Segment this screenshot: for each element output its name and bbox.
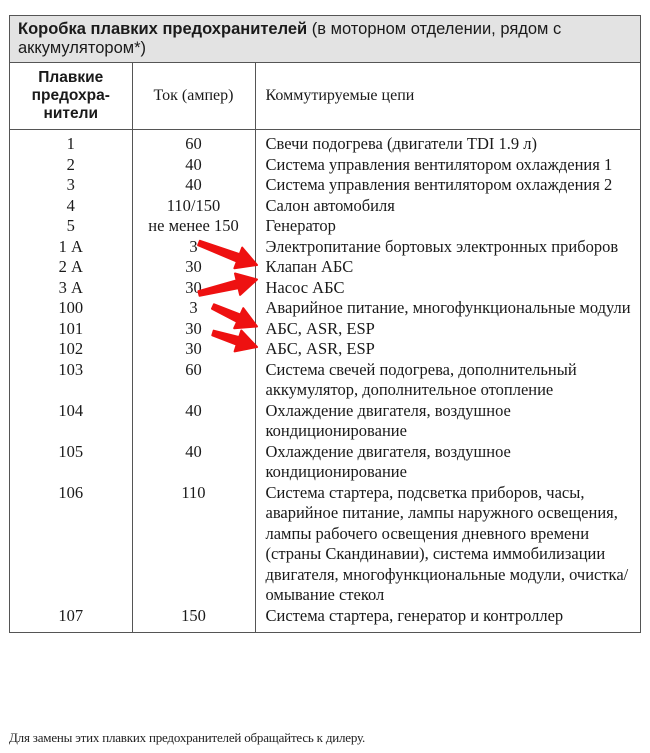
- fuse-number: 103: [10, 360, 132, 401]
- fuse-number: 100: [10, 298, 132, 319]
- fuse-current: 110/150: [132, 196, 255, 217]
- footnote: Для замены этих плавких предохранителей …: [9, 730, 365, 746]
- table-row: 2 А30Клапан АБС: [10, 257, 640, 278]
- table-row: 160Свечи подогрева (двигатели TDI 1.9 л): [10, 130, 640, 155]
- fuse-current: не менее 150: [132, 216, 255, 237]
- fuse-current: 30: [132, 319, 255, 340]
- fuse-number: 5: [10, 216, 132, 237]
- table-row: 106110Система стартера, подсветка прибор…: [10, 483, 640, 606]
- fuse-circuits: Клапан АБС: [255, 257, 640, 278]
- column-header-circuits: Коммутируемые цепи: [255, 63, 640, 130]
- fuse-circuits: Генератор: [255, 216, 640, 237]
- fuse-current: 60: [132, 130, 255, 155]
- table-row: 4110/150Салон автомобиля: [10, 196, 640, 217]
- fuse-number: 104: [10, 401, 132, 442]
- fuse-current: 150: [132, 606, 255, 633]
- table-row: 1003Аварийное питание, многофункциональн…: [10, 298, 640, 319]
- fuse-table: Коробка плавких предохранителей (в мотор…: [9, 15, 641, 633]
- column-header-fuses: Плавкиепредохра-нители: [10, 63, 132, 130]
- fuse-circuits: АБС, ASR, ESP: [255, 339, 640, 360]
- fuse-circuits: Охлаждение двигателя, воздушное кондицио…: [255, 442, 640, 483]
- fuse-number: 3 А: [10, 278, 132, 299]
- fuse-number: 4: [10, 196, 132, 217]
- table-row: 107150Система стартера, генератор и конт…: [10, 606, 640, 633]
- fuse-current: 40: [132, 155, 255, 176]
- table-row: 10540Охлаждение двигателя, воздушное кон…: [10, 442, 640, 483]
- fuse-number: 2: [10, 155, 132, 176]
- fuse-circuits: Система стартера, подсветка приборов, ча…: [255, 483, 640, 606]
- fuse-circuits: Система управления вентилятором охлажден…: [255, 155, 640, 176]
- fuse-current: 3: [132, 237, 255, 258]
- fuse-current: 40: [132, 175, 255, 196]
- table-row: 10230АБС, ASR, ESP: [10, 339, 640, 360]
- fuse-circuits: Свечи подогрева (двигатели TDI 1.9 л): [255, 130, 640, 155]
- fuse-circuits: Аварийное питание, многофункциональные м…: [255, 298, 640, 319]
- table-body: 160Свечи подогрева (двигатели TDI 1.9 л)…: [10, 130, 640, 633]
- fuse-circuits: Насос АБС: [255, 278, 640, 299]
- fuse-circuits: Система управления вентилятором охлажден…: [255, 175, 640, 196]
- fuse-number: 105: [10, 442, 132, 483]
- table-row: 240Система управления вентилятором охлаж…: [10, 155, 640, 176]
- fuse-current: 30: [132, 278, 255, 299]
- fuse-number: 3: [10, 175, 132, 196]
- fuse-number: 106: [10, 483, 132, 606]
- fuse-circuits: Система свечей подогрева, дополнительный…: [255, 360, 640, 401]
- fuse-number: 2 А: [10, 257, 132, 278]
- fuse-current: 3: [132, 298, 255, 319]
- fuse-current: 110: [132, 483, 255, 606]
- fuse-circuits: АБС, ASR, ESP: [255, 319, 640, 340]
- table-title: Коробка плавких предохранителей (в мотор…: [10, 16, 640, 63]
- fuse-data-table: Плавкиепредохра-нители Ток (ампер) Комму…: [10, 63, 640, 632]
- fuse-number: 102: [10, 339, 132, 360]
- table-row: 1 А3Электропитание бортовых электронных …: [10, 237, 640, 258]
- fuse-circuits: Охлаждение двигателя, воздушное кондицио…: [255, 401, 640, 442]
- header-row: Плавкиепредохра-нители Ток (ампер) Комму…: [10, 63, 640, 130]
- fuse-number: 1 А: [10, 237, 132, 258]
- fuse-circuits: Электропитание бортовых электронных приб…: [255, 237, 640, 258]
- fuse-number: 101: [10, 319, 132, 340]
- table-row: 10130АБС, ASR, ESP: [10, 319, 640, 340]
- fuse-current: 60: [132, 360, 255, 401]
- table-row: 340Система управления вентилятором охлаж…: [10, 175, 640, 196]
- fuse-current: 40: [132, 401, 255, 442]
- table-row: 10360Система свечей подогрева, дополните…: [10, 360, 640, 401]
- table-row: 5не менее 150Генератор: [10, 216, 640, 237]
- fuse-current: 30: [132, 339, 255, 360]
- fuse-current: 30: [132, 257, 255, 278]
- table-title-bold: Коробка плавких предохранителей: [18, 20, 307, 38]
- fuse-number: 1: [10, 130, 132, 155]
- table-row: 10440Охлаждение двигателя, воздушное кон…: [10, 401, 640, 442]
- fuse-number: 107: [10, 606, 132, 633]
- fuse-circuits: Система стартера, генератор и контроллер: [255, 606, 640, 633]
- column-header-current: Ток (ампер): [132, 63, 255, 130]
- table-row: 3 А30Насос АБС: [10, 278, 640, 299]
- fuse-circuits: Салон автомобиля: [255, 196, 640, 217]
- fuse-current: 40: [132, 442, 255, 483]
